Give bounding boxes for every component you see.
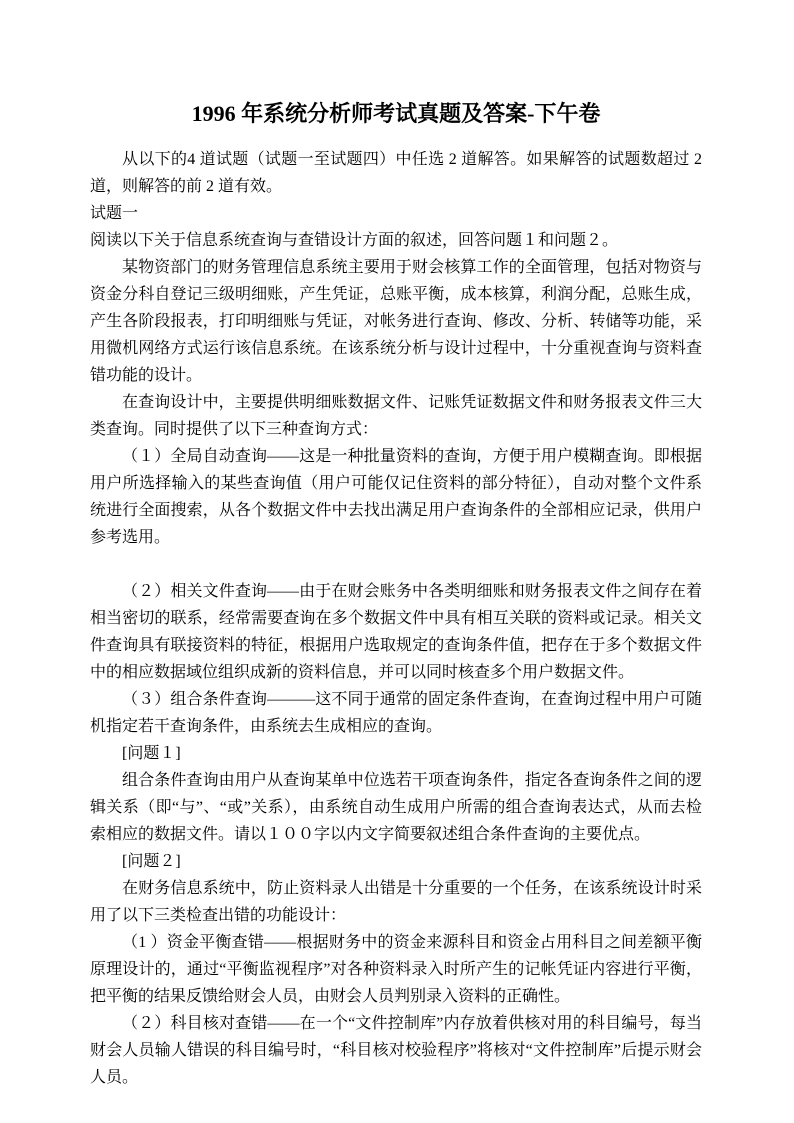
- blank-line: [90, 551, 702, 578]
- paragraph: （２）相关文件查询――由于在财会账务中各类明细账和财务报表文件之间存在着相当密切…: [90, 578, 702, 686]
- paragraph: （３）组合条件查询―――这不同于通常的固定条件查询，在查询过程中用户可随机指定若…: [90, 686, 702, 740]
- paragraph: 阅读以下关于信息系统查询与查错设计方面的叙述，回答问题１和问题２。: [90, 227, 702, 254]
- paragraph: 试题一: [90, 200, 702, 227]
- paragraph: 在财务信息系统中，防止资料录人出错是十分重要的一个任务，在该系统设计时采用了以下…: [90, 875, 702, 929]
- paragraph: （１）全局自动查询――这是一种批量资料的查询，方便于用户模糊查询。即根据用户所选…: [90, 443, 702, 551]
- paragraph: [问题２]: [90, 848, 702, 875]
- paragraph: 组合条件查询由用户从查询某单中位选若干项查询条件，指定各查询条件之间的逻辑关系（…: [90, 767, 702, 848]
- document-title-text: 1996 年系统分析师考试真题及答案-下午卷: [192, 101, 601, 126]
- paragraph: 某物资部门的财务管理信息系统主要用于财会核算工作的全面管理，包括对物资与资金分科…: [90, 254, 702, 389]
- paragraph: （1 ）资金平衡查错――根据财务中的资金来源科目和资金占用科目之间差额平衡原理设…: [90, 929, 702, 1010]
- paragraph: （２）科目核对查错――在一个“文件控制库”内存放着供核对用的科目编号，每当财会人…: [90, 1010, 702, 1091]
- paragraph: 在查询设计中，主要提供明细账数据文件、记账凭证数据文件和财务报表文件三大类查询。…: [90, 389, 702, 443]
- paragraph: 从以下的4 道试题（试题一至试题四）中任选 2 道解答。如果解答的试题数超过 2…: [90, 146, 702, 200]
- document-title: 1996 年系统分析师考试真题及答案-下午卷: [90, 100, 702, 128]
- document-page: 1996 年系统分析师考试真题及答案-下午卷 从以下的4 道试题（试题一至试题四…: [0, 0, 794, 1123]
- paragraph: [问题１]: [90, 740, 702, 767]
